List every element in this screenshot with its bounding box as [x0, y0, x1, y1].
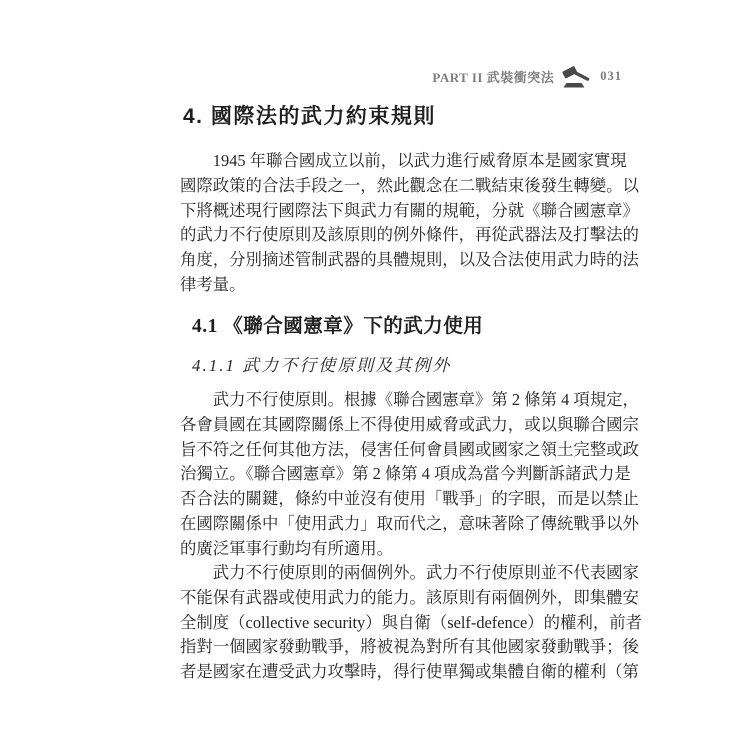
- text-line: 旨不符之任何其他方法，侵害任何會員國或國家之領土完整或政: [180, 438, 580, 463]
- text-line: 指對一個國家發動戰爭，將被視為對所有其他國家發動戰爭；後: [180, 635, 580, 660]
- chapter-title: 4. 國際法的武力約束規則: [183, 100, 436, 130]
- text-line: 全制度（collective security）與自衛（self-defence…: [180, 611, 580, 636]
- gavel-icon: [562, 64, 592, 88]
- text-line: 武力不行使原則。根據《聯合國憲章》第 2 條第 4 項規定，: [180, 388, 580, 413]
- text-line: 在國際關係中「使用武力」取而代之，意味著除了傳統戰爭以外: [180, 512, 580, 537]
- text-line: 下將概述現行國際法下與武力有關的規範，分就《聯合國憲章》: [180, 199, 580, 224]
- text-line: 的廣泛軍事行動均有所適用。: [180, 537, 580, 562]
- text-line: 律考量。: [180, 273, 580, 298]
- text-line: 各會員國在其國際關係上不得使用威脅或武力，或以與聯合國宗: [180, 413, 580, 438]
- paragraph-two-exceptions: 武力不行使原則的兩個例外。武力不行使原則並不代表國家 不能保有武器或使用武力的能…: [180, 561, 580, 685]
- paragraph-intro: 1945 年聯合國成立以前，以武力進行威脅原本是國家實現 國際政策的合法手段之一…: [180, 149, 580, 298]
- text-line: 不能保有武器或使用武力的能力。該原則有兩個例外，即集體安: [180, 586, 580, 611]
- section-heading-4-1-1: 4.1.1 武力不行使原則及其例外: [192, 351, 451, 376]
- text-line: 國際政策的合法手段之一，然此觀念在二戰結束後發生轉變。以: [180, 174, 580, 199]
- text-line: 者是國家在遭受武力攻擊時，得行使單獨或集體自衛的權利（第: [180, 660, 580, 685]
- text-line: 角度，分別摘述管制武器的具體規則，以及合法使用武力時的法: [180, 248, 580, 273]
- running-header: PART II 武裝衝突法 031: [432, 64, 622, 88]
- paragraph-non-use-principle: 武力不行使原則。根據《聯合國憲章》第 2 條第 4 項規定， 各會員國在其國際關…: [180, 388, 580, 562]
- text-line: 1945 年聯合國成立以前，以武力進行威脅原本是國家實現: [180, 149, 580, 174]
- text-line: 否合法的關鍵，條約中並沒有使用「戰爭」的字眼，而是以禁止: [180, 487, 580, 512]
- part-label: PART II 武裝衝突法: [432, 67, 554, 86]
- book-page: PART II 武裝衝突法 031 4. 國際法的武力約束規則 1945 年聯合…: [0, 0, 750, 750]
- section-heading-4-1: 4.1 《聯合國憲章》下的武力使用: [192, 310, 483, 338]
- page-number: 031: [600, 69, 622, 84]
- text-line: 的武力不行使原則及該原則的例外條件，再從武器法及打擊法的: [180, 223, 580, 248]
- text-line: 武力不行使原則的兩個例外。武力不行使原則並不代表國家: [180, 561, 580, 586]
- text-line: 治獨立。《聯合國憲章》第 2 條第 4 項成為當今判斷訴諸武力是: [180, 462, 580, 487]
